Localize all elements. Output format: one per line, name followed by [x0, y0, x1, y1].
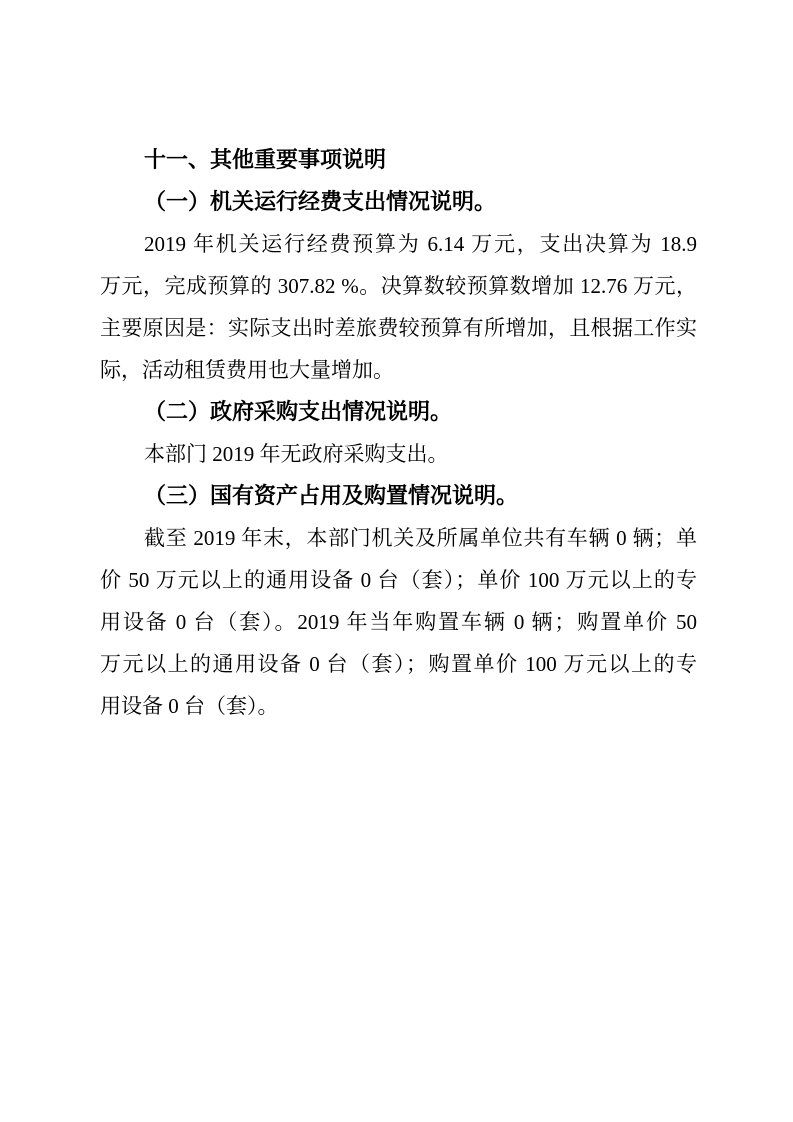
- paragraph-line: 用设备 0 台（套）。: [100, 685, 697, 727]
- section-heading: 十一、其他重要事项说明: [100, 139, 697, 181]
- paragraph-line: 截至 2019 年末，本部门机关及所属单位共有车辆 0 辆；单: [100, 517, 697, 559]
- paragraph-line: 本部门 2019 年无政府采购支出。: [100, 433, 697, 475]
- paragraph-line: 价 50 万元以上的通用设备 0 台（套）；单价 100 万元以上的专: [100, 559, 697, 601]
- paragraph-line: 用设备 0 台（套）。2019 年当年购置车辆 0 辆；购置单价 50: [100, 601, 697, 643]
- subsection-3-heading: （三）国有资产占用及购置情况说明。: [100, 475, 697, 517]
- document-content: 十一、其他重要事项说明 （一）机关运行经费支出情况说明。 2019 年机关运行经…: [100, 139, 697, 727]
- subsection-1-heading: （一）机关运行经费支出情况说明。: [100, 181, 697, 223]
- paragraph-line: 主要原因是：实际支出时差旅费较预算有所增加，且根据工作实: [100, 307, 697, 349]
- subsection-2-heading: （二）政府采购支出情况说明。: [100, 391, 697, 433]
- document-page: 十一、其他重要事项说明 （一）机关运行经费支出情况说明。 2019 年机关运行经…: [0, 0, 793, 1122]
- paragraph-line: 2019 年机关运行经费预算为 6.14 万元，支出决算为 18.9: [100, 223, 697, 265]
- paragraph-line: 际，活动租赁费用也大量增加。: [100, 349, 697, 391]
- paragraph-line: 万元以上的通用设备 0 台（套）；购置单价 100 万元以上的专: [100, 643, 697, 685]
- paragraph-line: 万元，完成预算的 307.82 %。决算数较预算数增加 12.76 万元，: [100, 265, 697, 307]
